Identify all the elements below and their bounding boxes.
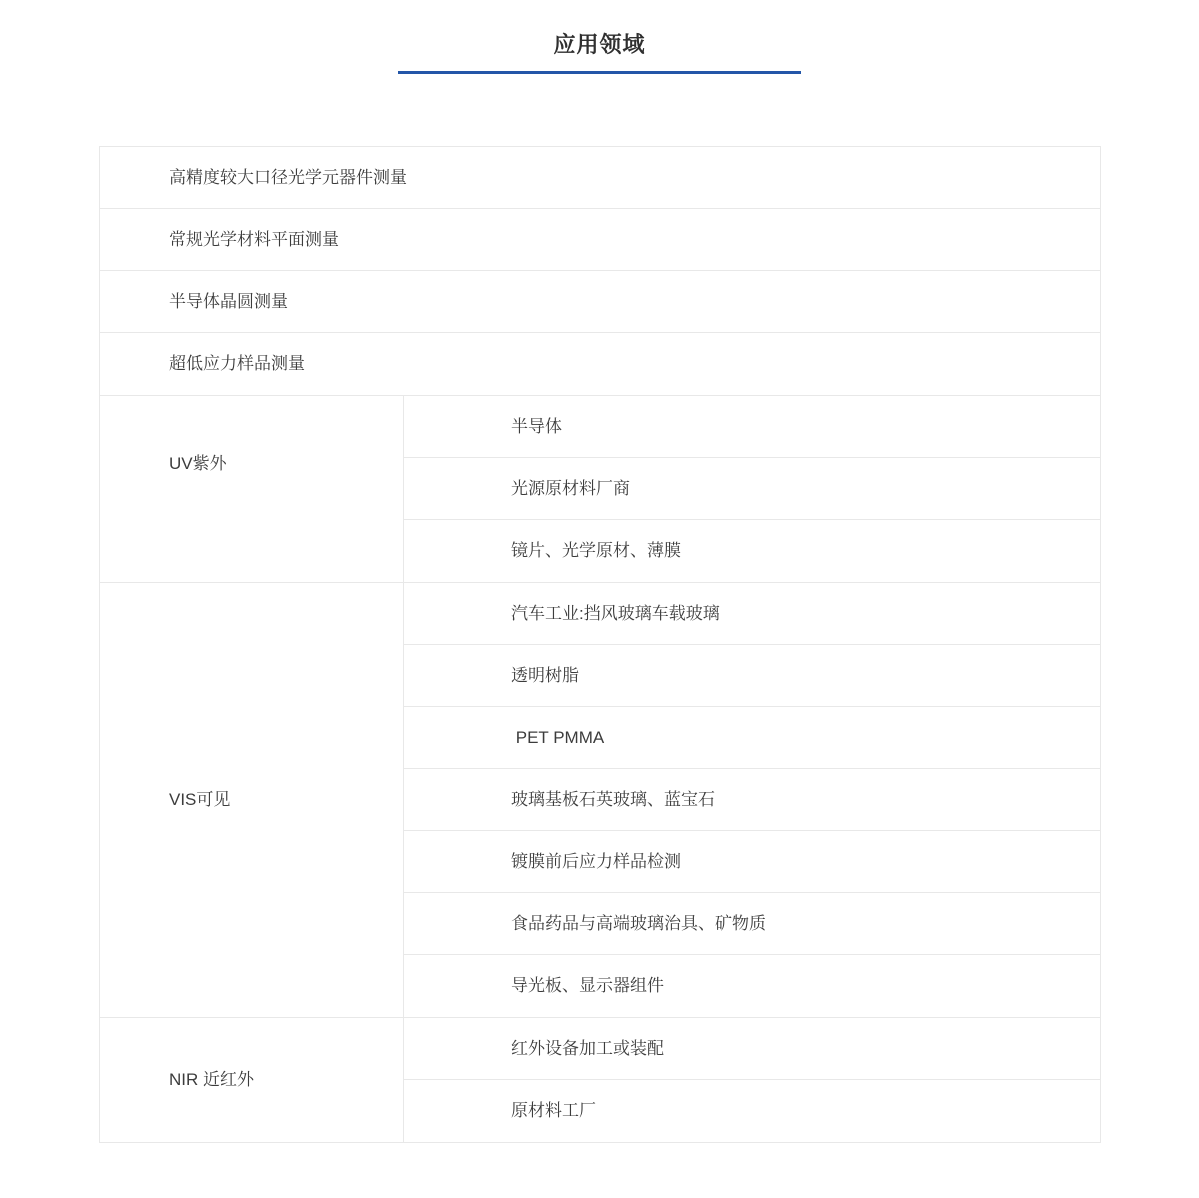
table-row: 原材料工厂 (404, 1080, 1100, 1142)
section-vis: VIS可见 汽车工业:挡风玻璃车载玻璃 透明树脂 PET PMMA 玻璃基板石英… (100, 583, 1100, 1018)
section-rows-nir: 红外设备加工或装配 原材料工厂 (404, 1018, 1100, 1142)
section-label-cell-nir: NIR 近红外 (100, 1018, 404, 1142)
row-text: 原材料工厂 (511, 1099, 596, 1123)
table-row: 汽车工业:挡风玻璃车载玻璃 (404, 583, 1100, 645)
table-row: 导光板、显示器组件 (404, 955, 1100, 1017)
section-rows-vis: 汽车工业:挡风玻璃车载玻璃 透明树脂 PET PMMA 玻璃基板石英玻璃、蓝宝石… (404, 583, 1100, 1017)
general-applications-group: 高精度较大口径光学元器件测量 常规光学材料平面测量 半导体晶圆测量 超低应力样品… (100, 147, 1100, 396)
row-text: PET PMMA (511, 726, 604, 750)
section-label: UV紫外 (169, 452, 227, 476)
section-rows-uv: 半导体 光源原材料厂商 镜片、光学原材、薄膜 (404, 396, 1100, 582)
row-text: 透明树脂 (511, 664, 579, 688)
row-text: 高精度较大口径光学元器件测量 (169, 166, 407, 190)
table-row: 半导体 (404, 396, 1100, 458)
table-row: 红外设备加工或装配 (404, 1018, 1100, 1080)
table-row: 镜片、光学原材、薄膜 (404, 520, 1100, 582)
applications-table: 高精度较大口径光学元器件测量 常规光学材料平面测量 半导体晶圆测量 超低应力样品… (99, 146, 1101, 1143)
page: { "title": "应用领域", "colors": { "accent_b… (0, 0, 1199, 1198)
row-text: 玻璃基板石英玻璃、蓝宝石 (511, 788, 715, 812)
table-row: 食品药品与高端玻璃治具、矿物质 (404, 893, 1100, 955)
section-label-cell-uv: UV紫外 (100, 396, 404, 582)
row-text: 镀膜前后应力样品检测 (511, 850, 681, 874)
row-text: 汽车工业:挡风玻璃车载玻璃 (511, 602, 720, 626)
table-row: 常规光学材料平面测量 (100, 209, 1100, 271)
table-row: 镀膜前后应力样品检测 (404, 831, 1100, 893)
section-header: 应用领域 (0, 0, 1199, 74)
title-underline (398, 71, 801, 74)
table-row: 透明树脂 (404, 645, 1100, 707)
row-text: 常规光学材料平面测量 (169, 228, 339, 252)
row-text: 食品药品与高端玻璃治具、矿物质 (511, 912, 766, 936)
section-label: VIS可见 (169, 788, 230, 812)
row-text: 超低应力样品测量 (169, 352, 305, 376)
table-row: 半导体晶圆测量 (100, 271, 1100, 333)
section-uv: UV紫外 半导体 光源原材料厂商 镜片、光学原材、薄膜 (100, 396, 1100, 583)
table-row: 玻璃基板石英玻璃、蓝宝石 (404, 769, 1100, 831)
row-text: 导光板、显示器组件 (511, 974, 664, 998)
row-text: 半导体晶圆测量 (169, 290, 288, 314)
row-text: 红外设备加工或装配 (511, 1037, 664, 1061)
table-row: 高精度较大口径光学元器件测量 (100, 147, 1100, 209)
section-label: NIR 近红外 (169, 1068, 254, 1092)
table-row: 超低应力样品测量 (100, 333, 1100, 395)
row-text: 半导体 (511, 415, 562, 439)
section-nir: NIR 近红外 红外设备加工或装配 原材料工厂 (100, 1018, 1100, 1142)
row-text: 镜片、光学原材、薄膜 (511, 539, 681, 563)
page-title: 应用领域 (0, 32, 1199, 58)
table-row: PET PMMA (404, 707, 1100, 769)
table-row: 光源原材料厂商 (404, 458, 1100, 520)
section-label-cell-vis: VIS可见 (100, 583, 404, 1017)
row-text: 光源原材料厂商 (511, 477, 630, 501)
